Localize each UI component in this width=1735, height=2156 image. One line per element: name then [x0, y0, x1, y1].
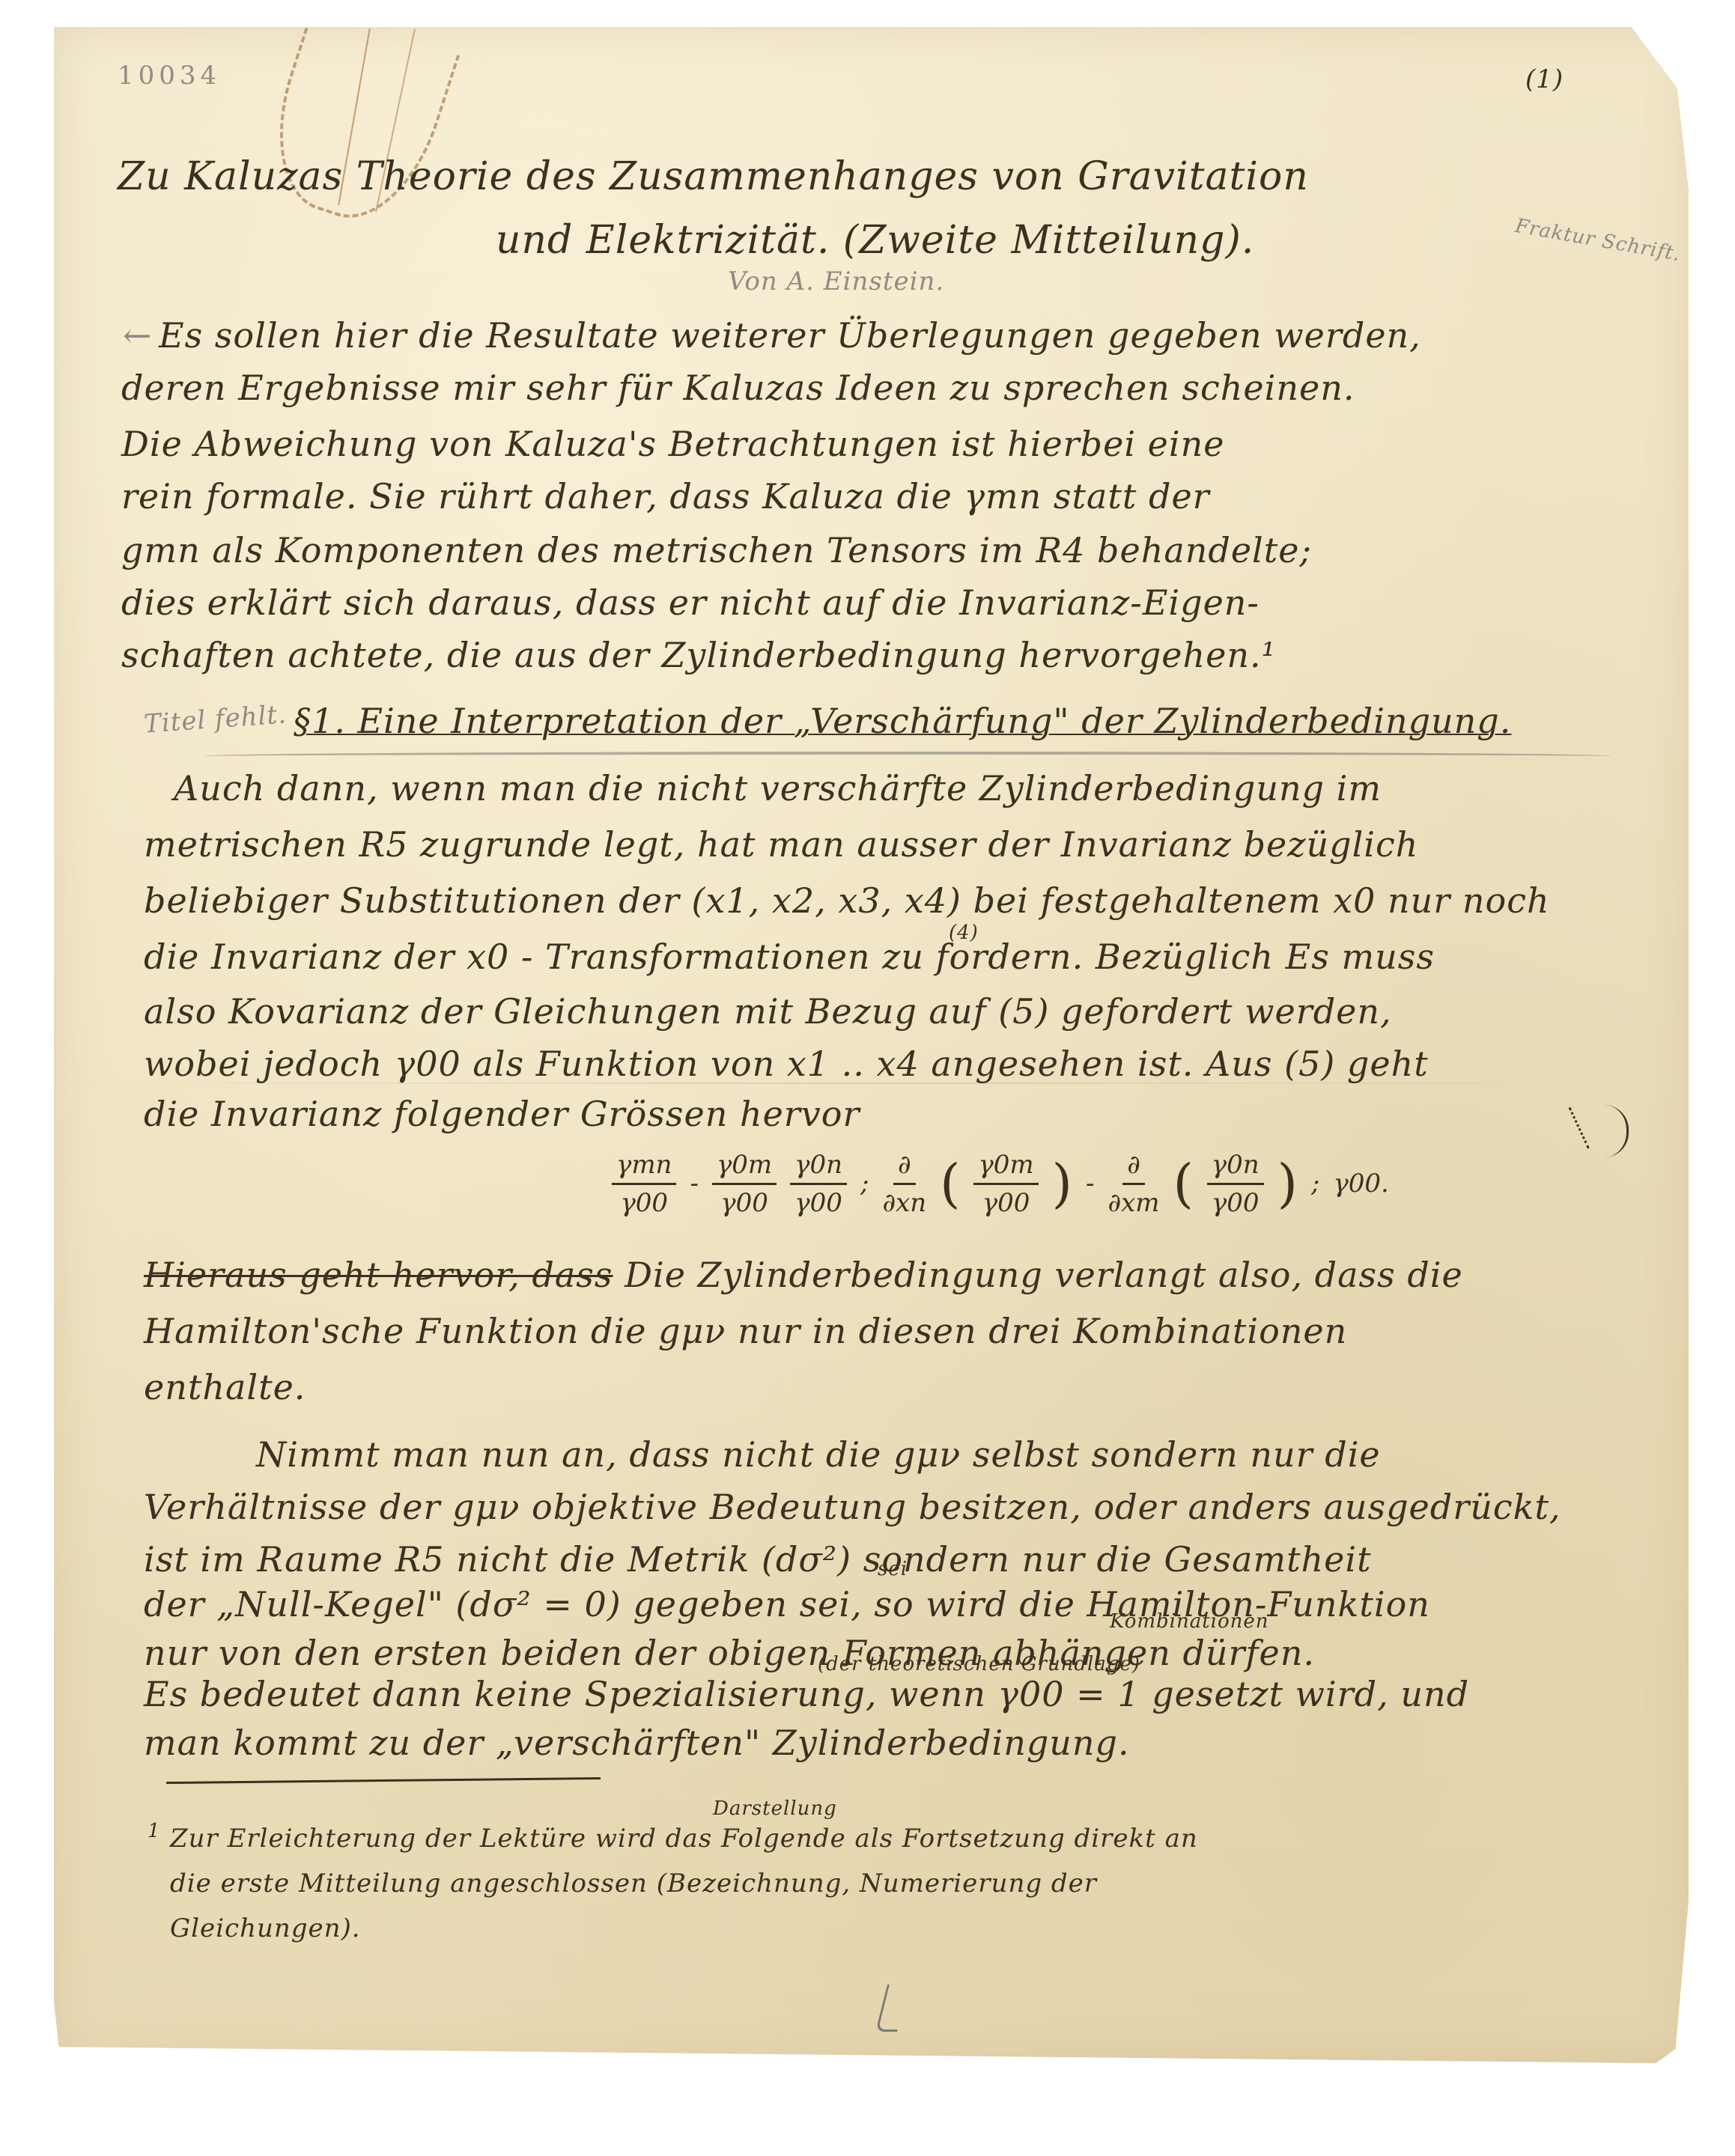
intro-line: dies erklärt sich daraus, dass er nicht … [121, 582, 1260, 623]
margin-bracket-mark [1569, 1106, 1592, 1149]
archive-number: 10034 [118, 61, 221, 91]
intro-line: rein formale. Sie rührt daher, dass Kalu… [121, 476, 1210, 517]
intro-line: Die Abweichung von Kaluza's Betrachtunge… [121, 424, 1224, 464]
section-line: Verhältnisse der gμν objektive Bedeutung… [144, 1487, 1561, 1527]
intro-line: gmn als Komponenten des metrischen Tenso… [121, 530, 1312, 570]
struck-text: Hieraus geht hervor, dass [144, 1255, 613, 1295]
section-line: Hamilton'sche Funktion die gμν nur in di… [144, 1311, 1347, 1351]
section-line: Nimmt man nun an, dass nicht die gμν sel… [256, 1434, 1381, 1475]
pencil-underline [204, 752, 1611, 759]
section-line: die Invarianz der x0 - Transformationen … [144, 937, 1435, 977]
intro-line: Es sollen hier die Resultate weiterer Üb… [159, 315, 1421, 356]
section-line: ist im Raume R5 nicht die Metrik (dσ²) s… [144, 1539, 1372, 1580]
derivative: ∂ ∂xn [883, 1150, 927, 1218]
section-line: enthalte. [144, 1367, 306, 1407]
intro-line: deren Ergebnisse mir sehr für Kaluzas Id… [121, 368, 1355, 408]
title-line-1: Zu Kaluzas Theorie des Zusammenhanges vo… [118, 154, 1309, 199]
page-number: (1) [1525, 64, 1564, 94]
section-line: wobei jedoch γ00 als Funktion von x1 .. … [144, 1044, 1429, 1084]
footnote-divider [166, 1777, 601, 1784]
insertion-theoretical-basis: (der theoretischen Grundlage) [818, 1653, 1140, 1675]
section-heading: §1. Eine Interpretation der „Verschärfun… [294, 701, 1511, 741]
section-line: beliebiger Substitutionen der (x1, x2, x… [144, 880, 1550, 921]
title-line-2: und Elektrizität. (Zweite Mitteilung). [496, 218, 1254, 263]
footnote-line: Zur Erleichterung der Lektüre wird das F… [170, 1824, 1198, 1854]
section-line: die Invarianz folgender Grössen hervor [144, 1094, 860, 1134]
footnote-line: die erste Mitteilung angeschlossen (Beze… [170, 1869, 1097, 1898]
margin-arrow-icon: ← [123, 315, 153, 356]
section-line: Auch dann, wenn man die nicht verschärft… [174, 768, 1382, 808]
footnote-insertion: Darstellung [713, 1797, 837, 1820]
author-pencil-note: Von A. Einstein. [728, 267, 944, 296]
invariant-quantities-formula: γmn γ00 - γ0m γ00 γ0n γ00 ; ∂ ∂xn ( γ0m … [612, 1146, 1389, 1221]
margin-note-top-right: Fraktur Schrift. [1513, 215, 1683, 266]
insertion-kombinationen: Kombinationen [1110, 1610, 1269, 1633]
fraction: γ0m γ00 [712, 1150, 777, 1218]
section-line: metrischen R5 zugrunde legt, hat man aus… [144, 824, 1418, 865]
ink-stain [253, 7, 460, 237]
section-line: also Kovarianz der Gleichungen mit Bezug… [144, 991, 1392, 1032]
fraction: γ0n γ00 [790, 1150, 847, 1218]
fraction: γ0m γ00 [973, 1150, 1038, 1218]
fraction: γmn γ00 [612, 1150, 676, 1218]
intro-line: schaften achtete, die aus der Zylinderbe… [121, 635, 1276, 675]
manuscript-page: 10034 (1) Zu Kaluzas Theorie des Zusamme… [54, 27, 1689, 2063]
section-line: Hieraus geht hervor, dass Die Zylinderbe… [144, 1255, 1463, 1295]
pencil-checkmark-icon [875, 1985, 909, 2032]
footnote-line: Gleichungen). [170, 1913, 361, 1943]
section-line: Es bedeutet dann keine Spezialisierung, … [144, 1674, 1469, 1714]
insertion-sei: sei [878, 1558, 908, 1580]
section-margin-note: Titel fehlt. [143, 699, 288, 739]
section-line: man kommt zu der „verschärften" Zylinder… [144, 1723, 1130, 1763]
fraction: γ0n γ00 [1207, 1150, 1264, 1218]
margin-bracket-mark [1604, 1105, 1629, 1157]
footnote-marker: 1 [148, 1820, 161, 1842]
derivative: ∂ ∂xm [1107, 1150, 1159, 1218]
